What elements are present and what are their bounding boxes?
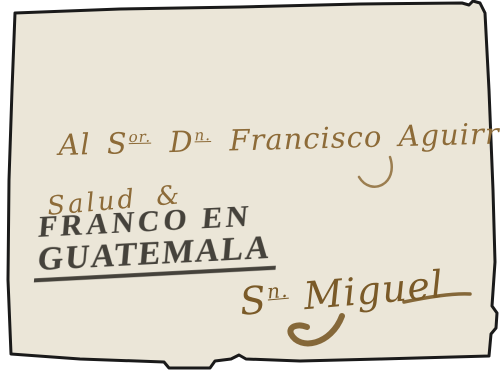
- address-text: D: [153, 124, 194, 159]
- address-text: Al S: [58, 126, 128, 162]
- address-superscript: n.: [194, 126, 211, 144]
- postmark-stamp: FRANCO EN GUATEMALA: [34, 199, 282, 282]
- destination-superscript: n.: [266, 279, 289, 304]
- cover-photo: Al Sor. Dn. Francisco Aguirre Salud & FR…: [0, 0, 500, 375]
- address-superscript: or.: [128, 128, 151, 147]
- destination-text: S: [238, 278, 269, 324]
